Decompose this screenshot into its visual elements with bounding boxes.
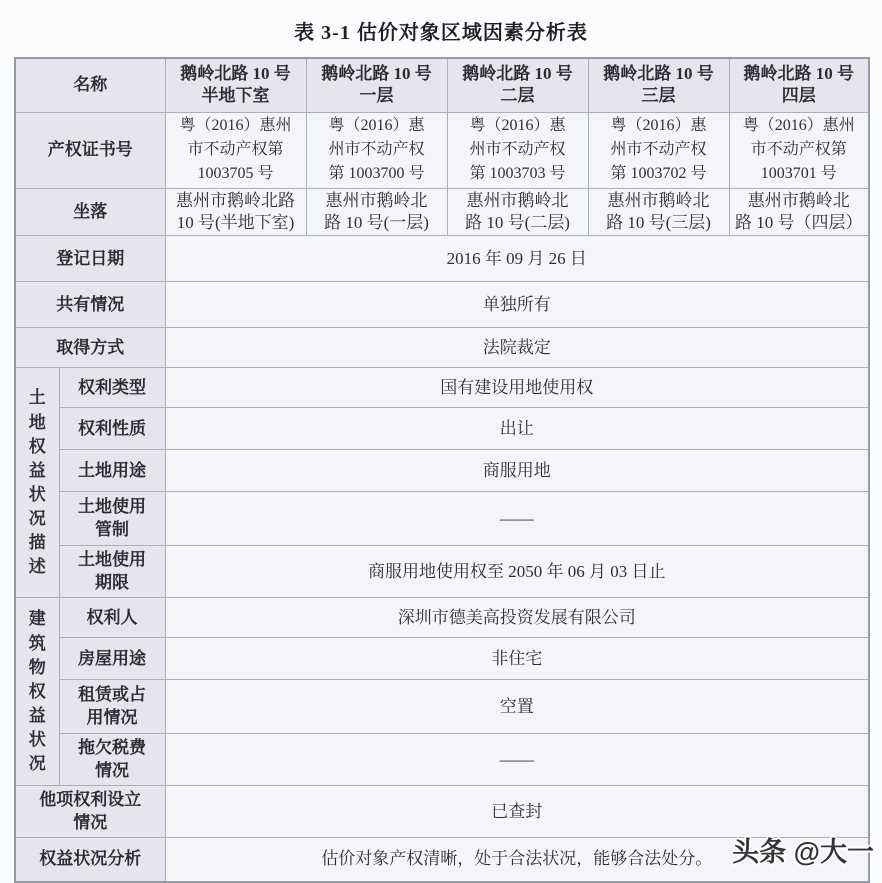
- toutiao-watermark: 头条 @大一: [732, 830, 874, 869]
- row-label-acquisition: 取得方式: [15, 328, 165, 368]
- cert-cell: 粤（2016）惠 州市不动产权 第 1003703 号: [447, 112, 588, 188]
- table-row-land-term: 土地使用 期限 商服用地使用权至 2050 年 06 月 03 日止: [15, 546, 869, 598]
- table-row-registration-date: 登记日期 2016 年 09 月 26 日: [15, 236, 869, 282]
- table-row-co-ownership: 共有情况 单独所有: [15, 282, 869, 328]
- table-row-land-control: 土地使用 管制 ——: [15, 492, 869, 546]
- location-cell: 惠州市鹅岭北 路 10 号(三层): [588, 188, 729, 236]
- cert-cell: 粤（2016）惠州 市不动产权第 1003705 号: [165, 112, 306, 188]
- group-label-building-rights: 建 筑 物 权 益 状 况: [15, 598, 59, 786]
- row-label-certificate: 产权证书号: [15, 112, 165, 188]
- row-label-right-type: 权利类型: [59, 368, 165, 408]
- row-label-other-rights: 他项权利设立 情况: [15, 786, 165, 838]
- acquisition-value: 法院裁定: [165, 328, 869, 368]
- row-label-rights-analysis: 权益状况分析: [15, 838, 165, 882]
- table-row-right-type: 土 地 权 益 状 况 描 述 权利类型 国有建设用地使用权: [15, 368, 869, 408]
- co-ownership-value: 单独所有: [165, 282, 869, 328]
- tax-arrears-value: ——: [165, 734, 869, 786]
- row-label-location: 坐落: [15, 188, 165, 236]
- scanned-appraisal-document: { "title": "表 3-1 估价对象区域因素分析表", "waterma…: [0, 0, 882, 883]
- row-label-right-holder: 权利人: [59, 598, 165, 638]
- lease-occupancy-value: 空置: [165, 680, 869, 734]
- table-row-right-nature: 权利性质 出让: [15, 408, 869, 450]
- row-label-lease-occupancy: 租赁或占 用情况: [59, 680, 165, 734]
- table-row-tax-arrears: 拖欠税费 情况 ——: [15, 734, 869, 786]
- row-label-house-use: 房屋用途: [59, 638, 165, 680]
- land-control-value: ——: [165, 492, 869, 546]
- house-use-value: 非住宅: [165, 638, 869, 680]
- location-cell: 惠州市鹅岭北 路 10 号（四层）: [729, 188, 869, 236]
- column-header-basement: 鹅岭北路 10 号 半地下室: [165, 58, 306, 112]
- row-label-right-nature: 权利性质: [59, 408, 165, 450]
- table-row-lease-occupancy: 租赁或占 用情况 空置: [15, 680, 869, 734]
- table-row-acquisition: 取得方式 法院裁定: [15, 328, 869, 368]
- table-row-right-holder: 建 筑 物 权 益 状 况 权利人 深圳市德美高投资发展有限公司: [15, 598, 869, 638]
- column-header-floor4: 鹅岭北路 10 号 四层: [729, 58, 869, 112]
- location-cell: 惠州市鹅岭北 路 10 号(一层): [306, 188, 447, 236]
- table-row-certificate: 产权证书号 粤（2016）惠州 市不动产权第 1003705 号 粤（2016）…: [15, 112, 869, 188]
- right-nature-value: 出让: [165, 408, 869, 450]
- row-label-registration-date: 登记日期: [15, 236, 165, 282]
- column-header-floor3: 鹅岭北路 10 号 三层: [588, 58, 729, 112]
- right-type-value: 国有建设用地使用权: [165, 368, 869, 408]
- appraisal-factors-table: 名称 鹅岭北路 10 号 半地下室 鹅岭北路 10 号 一层 鹅岭北路 10 号…: [14, 57, 870, 883]
- row-label-land-term: 土地使用 期限: [59, 546, 165, 598]
- location-cell: 惠州市鹅岭北路 10 号(半地下室): [165, 188, 306, 236]
- group-label-land-rights: 土 地 权 益 状 况 描 述: [15, 368, 59, 598]
- row-label-land-control: 土地使用 管制: [59, 492, 165, 546]
- row-label-land-use: 土地用途: [59, 450, 165, 492]
- land-term-value: 商服用地使用权至 2050 年 06 月 03 日止: [165, 546, 869, 598]
- table-row-land-use: 土地用途 商服用地: [15, 450, 869, 492]
- registration-date-value: 2016 年 09 月 26 日: [165, 236, 869, 282]
- table-row-location: 坐落 惠州市鹅岭北路 10 号(半地下室) 惠州市鹅岭北 路 10 号(一层) …: [15, 188, 869, 236]
- cert-cell: 粤（2016）惠 州市不动产权 第 1003702 号: [588, 112, 729, 188]
- row-label-name: 名称: [15, 58, 165, 112]
- cert-cell: 粤（2016）惠 州市不动产权 第 1003700 号: [306, 112, 447, 188]
- column-header-floor1: 鹅岭北路 10 号 一层: [306, 58, 447, 112]
- location-cell: 惠州市鹅岭北 路 10 号(二层): [447, 188, 588, 236]
- column-header-floor2: 鹅岭北路 10 号 二层: [447, 58, 588, 112]
- cert-cell: 粤（2016）惠州 市不动产权第 1003701 号: [729, 112, 869, 188]
- table-row-name: 名称 鹅岭北路 10 号 半地下室 鹅岭北路 10 号 一层 鹅岭北路 10 号…: [15, 58, 869, 112]
- row-label-tax-arrears: 拖欠税费 情况: [59, 734, 165, 786]
- table-row-house-use: 房屋用途 非住宅: [15, 638, 869, 680]
- land-use-value: 商服用地: [165, 450, 869, 492]
- right-holder-value: 深圳市德美高投资发展有限公司: [165, 598, 869, 638]
- row-label-co-ownership: 共有情况: [15, 282, 165, 328]
- page-title: 表 3-1 估价对象区域因素分析表: [0, 16, 882, 45]
